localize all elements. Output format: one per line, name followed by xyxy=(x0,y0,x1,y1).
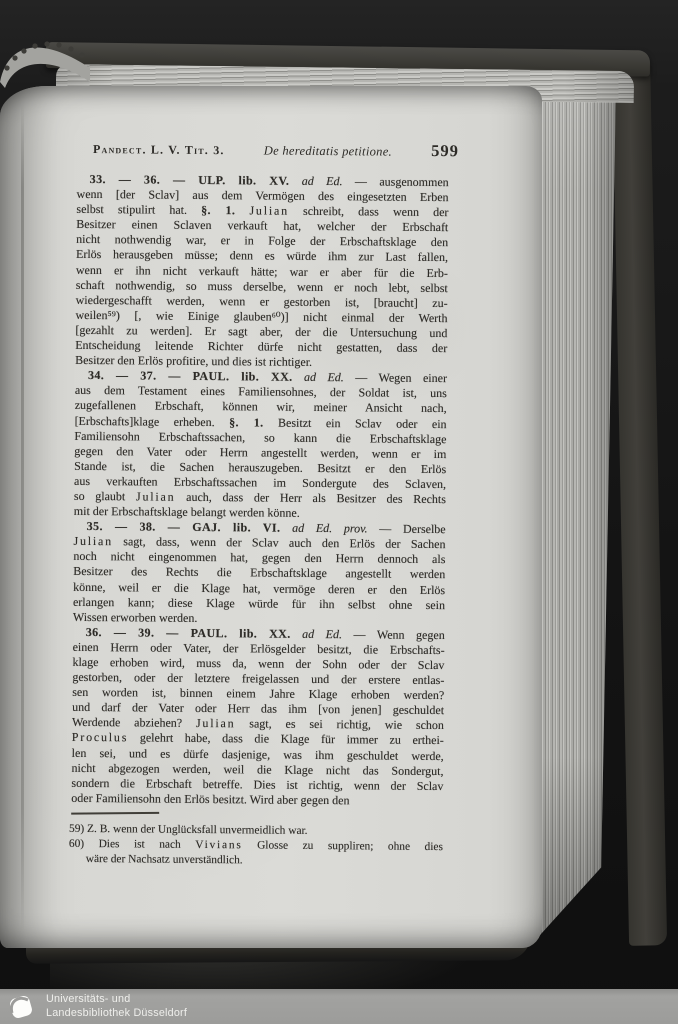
book-right-cover xyxy=(612,53,667,946)
spine-headband-icon xyxy=(0,26,95,88)
footnote-separator xyxy=(71,812,159,815)
footnote-line: wäre der Nachsatz unverständlich. xyxy=(86,852,443,870)
book-photo: Pandect. L. V. Tit. 3. De hereditatis pe… xyxy=(0,0,678,1024)
watermark-text: Universitäts- und Landesbibliothek Düsse… xyxy=(46,993,187,1020)
watermark-line-2: Landesbibliothek Düsseldorf xyxy=(46,1007,187,1021)
paragraph: 35. — 38. — GAJ. lib. VI. ad Ed. prov. —… xyxy=(73,519,446,628)
running-head-title: Pandect. L. V. Tit. 3. xyxy=(93,142,225,158)
page-paper: Pandect. L. V. Tit. 3. De hereditatis pe… xyxy=(0,86,542,948)
page-number: 599 xyxy=(431,141,459,161)
watermark-bar: Universitäts- und Landesbibliothek Düsse… xyxy=(0,989,678,1024)
text-block: 33. — 36. — ULP. lib. XV. ad Ed. — ausge… xyxy=(71,172,449,809)
footnotes: 59) Z. B. wenn der Unglücksfall unvermei… xyxy=(69,822,443,870)
running-head-latin-title: De hereditatis petitione. xyxy=(264,144,392,160)
paragraph: 36. — 39. — PAUL. lib. XX. ad Ed. — Wenn… xyxy=(71,625,445,809)
paragraph: 34. — 37. — PAUL. lib. XX. ad Ed. — Wege… xyxy=(74,368,447,522)
paragraph: 33. — 36. — ULP. lib. XV. ad Ed. — ausge… xyxy=(75,172,449,371)
watermark-line-1: Universitäts- und xyxy=(46,993,187,1007)
running-head: Pandect. L. V. Tit. 3. De hereditatis pe… xyxy=(93,138,459,161)
page-content: Pandect. L. V. Tit. 3. De hereditatis pe… xyxy=(0,85,543,952)
ulb-duesseldorf-logo-icon xyxy=(7,993,35,1021)
